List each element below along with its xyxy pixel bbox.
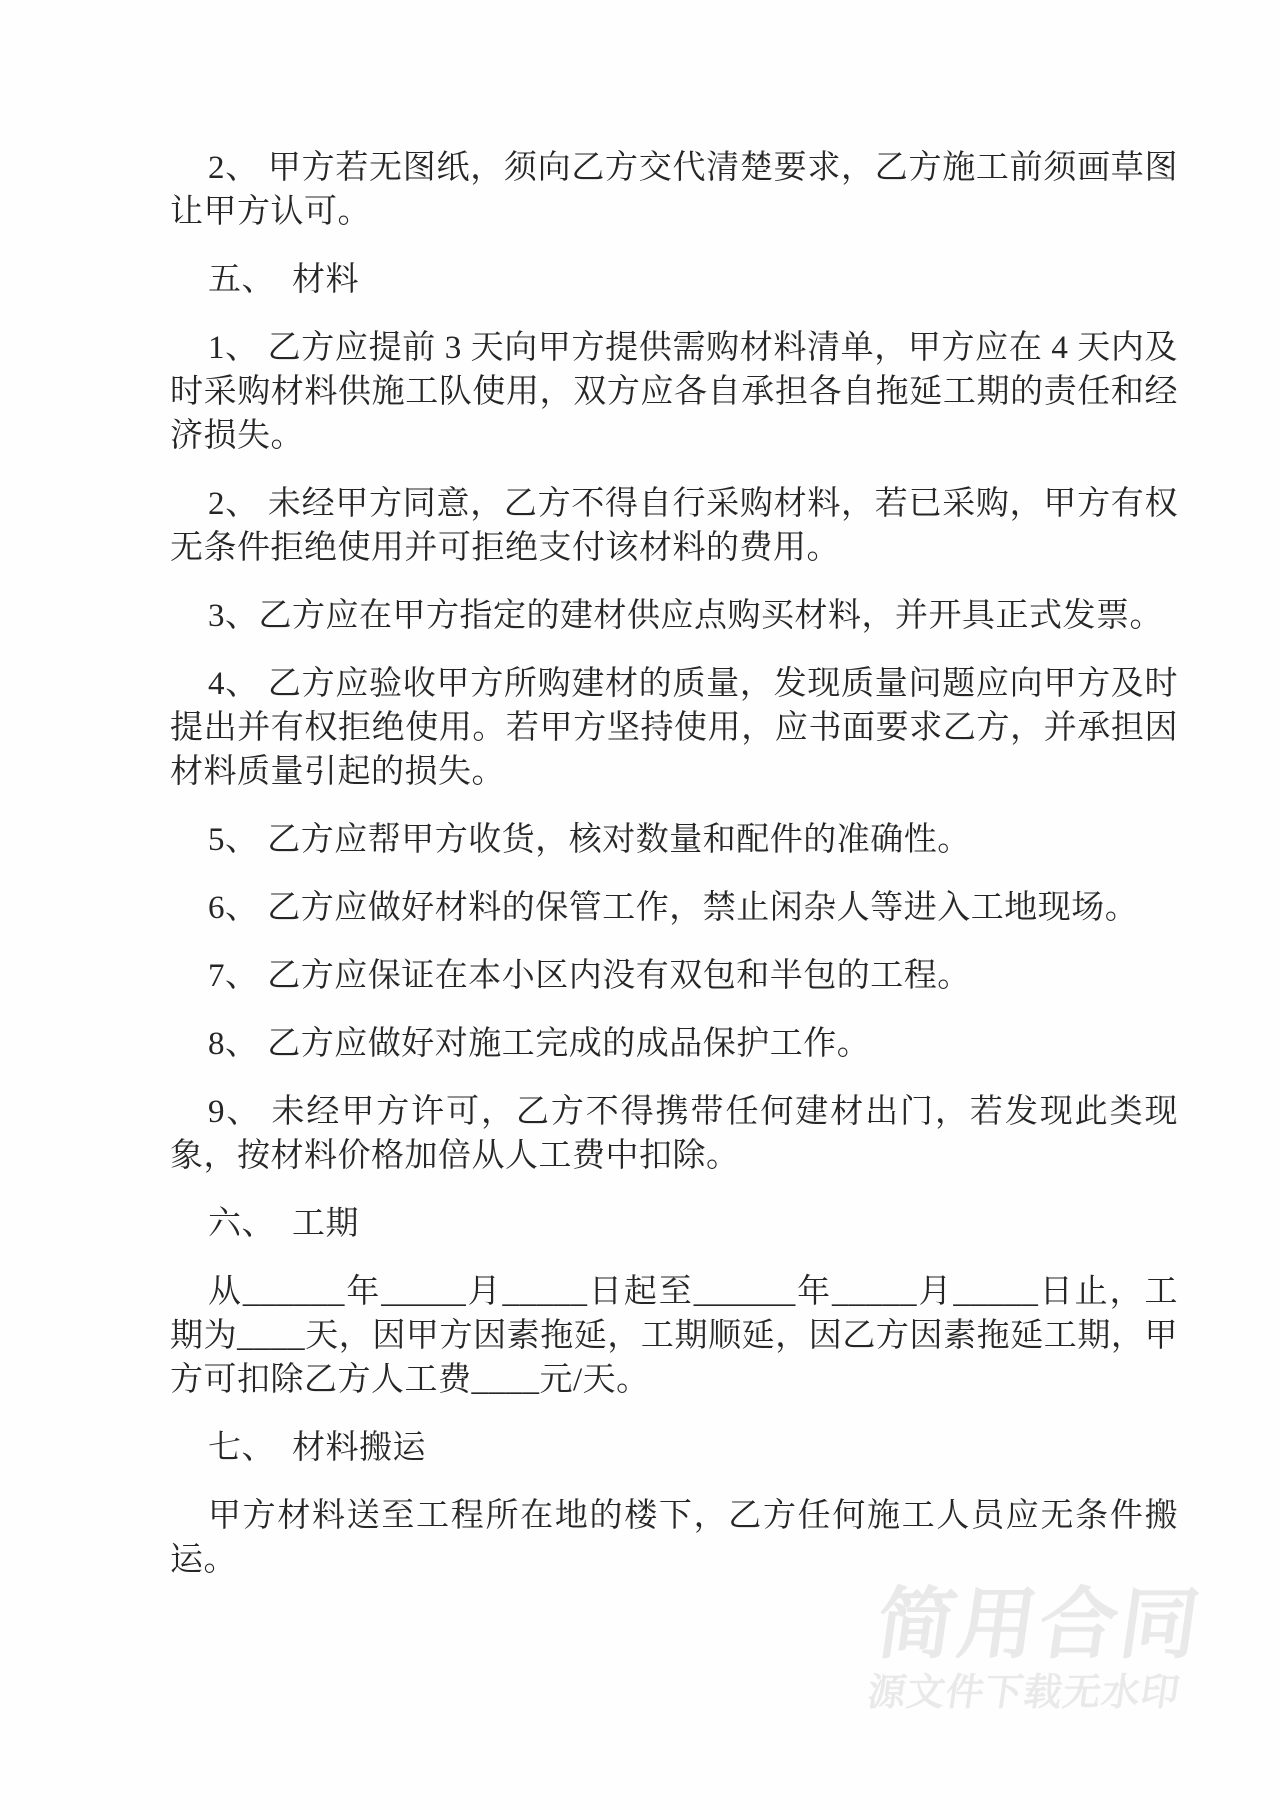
materials-item-4: 4、 乙方应验收甲方所购建材的质量，发现质量问题应向甲方及时提出并有权拒绝使用。… xyxy=(170,662,1178,794)
materials-item-5: 5、 乙方应帮甲方收货，核对数量和配件的准确性。 xyxy=(170,818,1178,862)
contract-document-page: 2、 甲方若无图纸，须向乙方交代清楚要求，乙方施工前须画草图让甲方认可。 五、 … xyxy=(0,0,1280,1810)
duration-terms-with-blanks: 从______年_____月_____日起至______年_____月_____… xyxy=(170,1270,1178,1402)
watermark: 简用合同 源文件下载无水印 xyxy=(865,1586,1207,1712)
materials-item-1: 1、 乙方应提前 3 天向甲方提供需购材料清单，甲方应在 4 天内及时采购材料供… xyxy=(170,326,1178,458)
materials-item-3: 3、乙方应在甲方指定的建材供应点购买材料，并开具正式发票。 xyxy=(170,594,1178,638)
materials-item-7: 7、 乙方应保证在本小区内没有双包和半包的工程。 xyxy=(170,954,1178,998)
materials-item-9: 9、 未经甲方许可，乙方不得携带任何建材出门，若发现此类现象，按材料价格加倍从人… xyxy=(170,1090,1178,1178)
material-transport-terms: 甲方材料送至工程所在地的楼下，乙方任何施工人员应无条件搬运。 xyxy=(170,1494,1178,1582)
watermark-brand-text: 简用合同 xyxy=(872,1586,1207,1662)
contract-body: 2、 甲方若无图纸，须向乙方交代清楚要求，乙方施工前须画草图让甲方认可。 五、 … xyxy=(170,146,1178,1606)
materials-item-2: 2、 未经甲方同意，乙方不得自行采购材料，若已采购，甲方有权无条件拒绝使用并可拒… xyxy=(170,482,1178,570)
section-heading-materials: 五、 材料 xyxy=(170,258,1178,302)
clause-no-drawings: 2、 甲方若无图纸，须向乙方交代清楚要求，乙方施工前须画草图让甲方认可。 xyxy=(170,146,1178,234)
materials-item-8: 8、 乙方应做好对施工完成的成品保护工作。 xyxy=(170,1022,1178,1066)
watermark-tagline-text: 源文件下载无水印 xyxy=(865,1674,1194,1712)
materials-item-6: 6、 乙方应做好材料的保管工作，禁止闲杂人等进入工地现场。 xyxy=(170,886,1178,930)
section-heading-material-transport: 七、 材料搬运 xyxy=(170,1426,1178,1470)
section-heading-duration: 六、 工期 xyxy=(170,1202,1178,1246)
